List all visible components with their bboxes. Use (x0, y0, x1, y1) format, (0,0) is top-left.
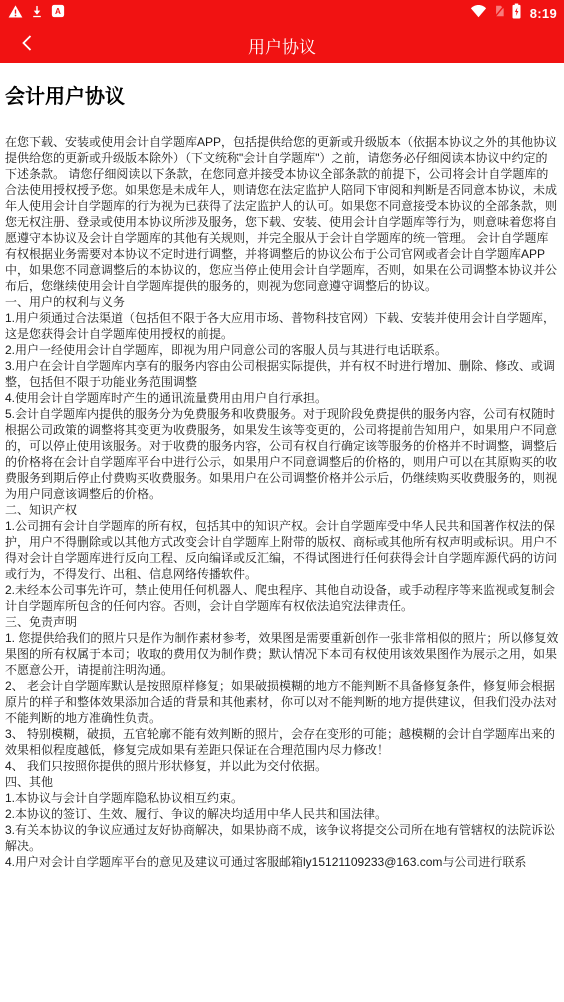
no-sim-icon (492, 4, 506, 23)
agreement-paragraph: 1.用户须通过合法渠道（包括但不限于各大应用市场、普物科技官网）下载、安装并使用… (5, 310, 559, 342)
agreement-paragraph: 4、 我们只按照你提供的照片形状修复，并以此为交付依据。 (5, 758, 559, 774)
agreement-paragraph: 3、 特别模糊，破损，五官轮廓不能有效判断的照片，会存在变形的可能；越模糊的会计… (5, 726, 559, 758)
agreement-paragraph: 二、知识产权 (5, 502, 559, 518)
agreement-paragraph: 1.公司拥有会计自学题库的所有权，包括其中的知识产权。会计自学题库受中华人民共和… (5, 518, 559, 582)
wifi-icon (470, 4, 487, 23)
agreement-body: 在您下载、安装或使用会计自学题库APP，包括提供给您的更新或升级版本（依据本协议… (5, 134, 559, 870)
agreement-paragraph: 4.使用会计自学题库时产生的通讯流量费用由用户自行承担。 (5, 390, 559, 406)
status-bar-right-icons: 8:19 (470, 3, 557, 24)
agreement-paragraph: 在您下载、安装或使用会计自学题库APP，包括提供给您的更新或升级版本（依据本协议… (5, 134, 559, 294)
agreement-paragraph: 5.会计自学题库内提供的服务分为免费服务和收费服务。对于现阶段免费提供的服务内容… (5, 406, 559, 502)
agreement-paragraph: 3.用户在会计自学题库内享有的服务内容由公司根据实际提供，并有权不时进行增加、删… (5, 358, 559, 390)
agreement-paragraph: 四、其他 (5, 774, 559, 790)
agreement-paragraph: 1. 您提供给我们的照片只是作为制作素材参考，效果图是需要重新创作一张非常相似的… (5, 630, 559, 678)
agreement-paragraph: 一、用户的权利与义务 (5, 294, 559, 310)
agreement-paragraph: 2.用户一经使用会计自学题库，即视为用户同意公司的客服人员与其进行电话联系。 (5, 342, 559, 358)
download-icon (30, 4, 44, 24)
nav-bar: 用户协议 (0, 27, 564, 63)
battery-charging-icon (511, 3, 522, 24)
back-chevron-icon (19, 33, 35, 58)
back-button[interactable] (10, 27, 44, 63)
agreement-paragraph: 4.用户对会计自学题库平台的意见及建议可通过客服邮箱ly15121109233@… (5, 854, 559, 870)
status-bar-left-icons: A (8, 4, 65, 24)
svg-text:A: A (55, 7, 61, 16)
agreement-paragraph: 三、免责声明 (5, 614, 559, 630)
agreement-heading: 会计用户协议 (5, 84, 559, 110)
status-bar: A (0, 0, 564, 27)
status-time: 8:19 (530, 6, 557, 21)
agreement-paragraph: 2.未经本公司事先许可，禁止使用任何机器人、爬虫程序、其他自动设备，或手动程序等… (5, 582, 559, 614)
page-title: 用户协议 (0, 33, 564, 58)
agreement-paragraph: 2.本协议的签订、生效、履行、争议的解决均适用中华人民共和国法律。 (5, 806, 559, 822)
agreement-content: 会计用户协议 在您下载、安装或使用会计自学题库APP，包括提供给您的更新或升级版… (0, 84, 564, 870)
agreement-paragraph: 3.有关本协议的争议应通过友好协商解决，如果协商不成，该争议将提交公司所在地有管… (5, 822, 559, 854)
agreement-paragraph: 1.本协议与会计自学题库隐私协议相互约束。 (5, 790, 559, 806)
app-screen: A (0, 0, 564, 1002)
letter-a-badge-icon: A (51, 4, 65, 23)
warning-triangle-icon (8, 4, 23, 24)
agreement-paragraph: 2、 老会计自学题库默认是按照原样修复；如果破损模糊的地方不能判断不具备修复条件… (5, 678, 559, 726)
